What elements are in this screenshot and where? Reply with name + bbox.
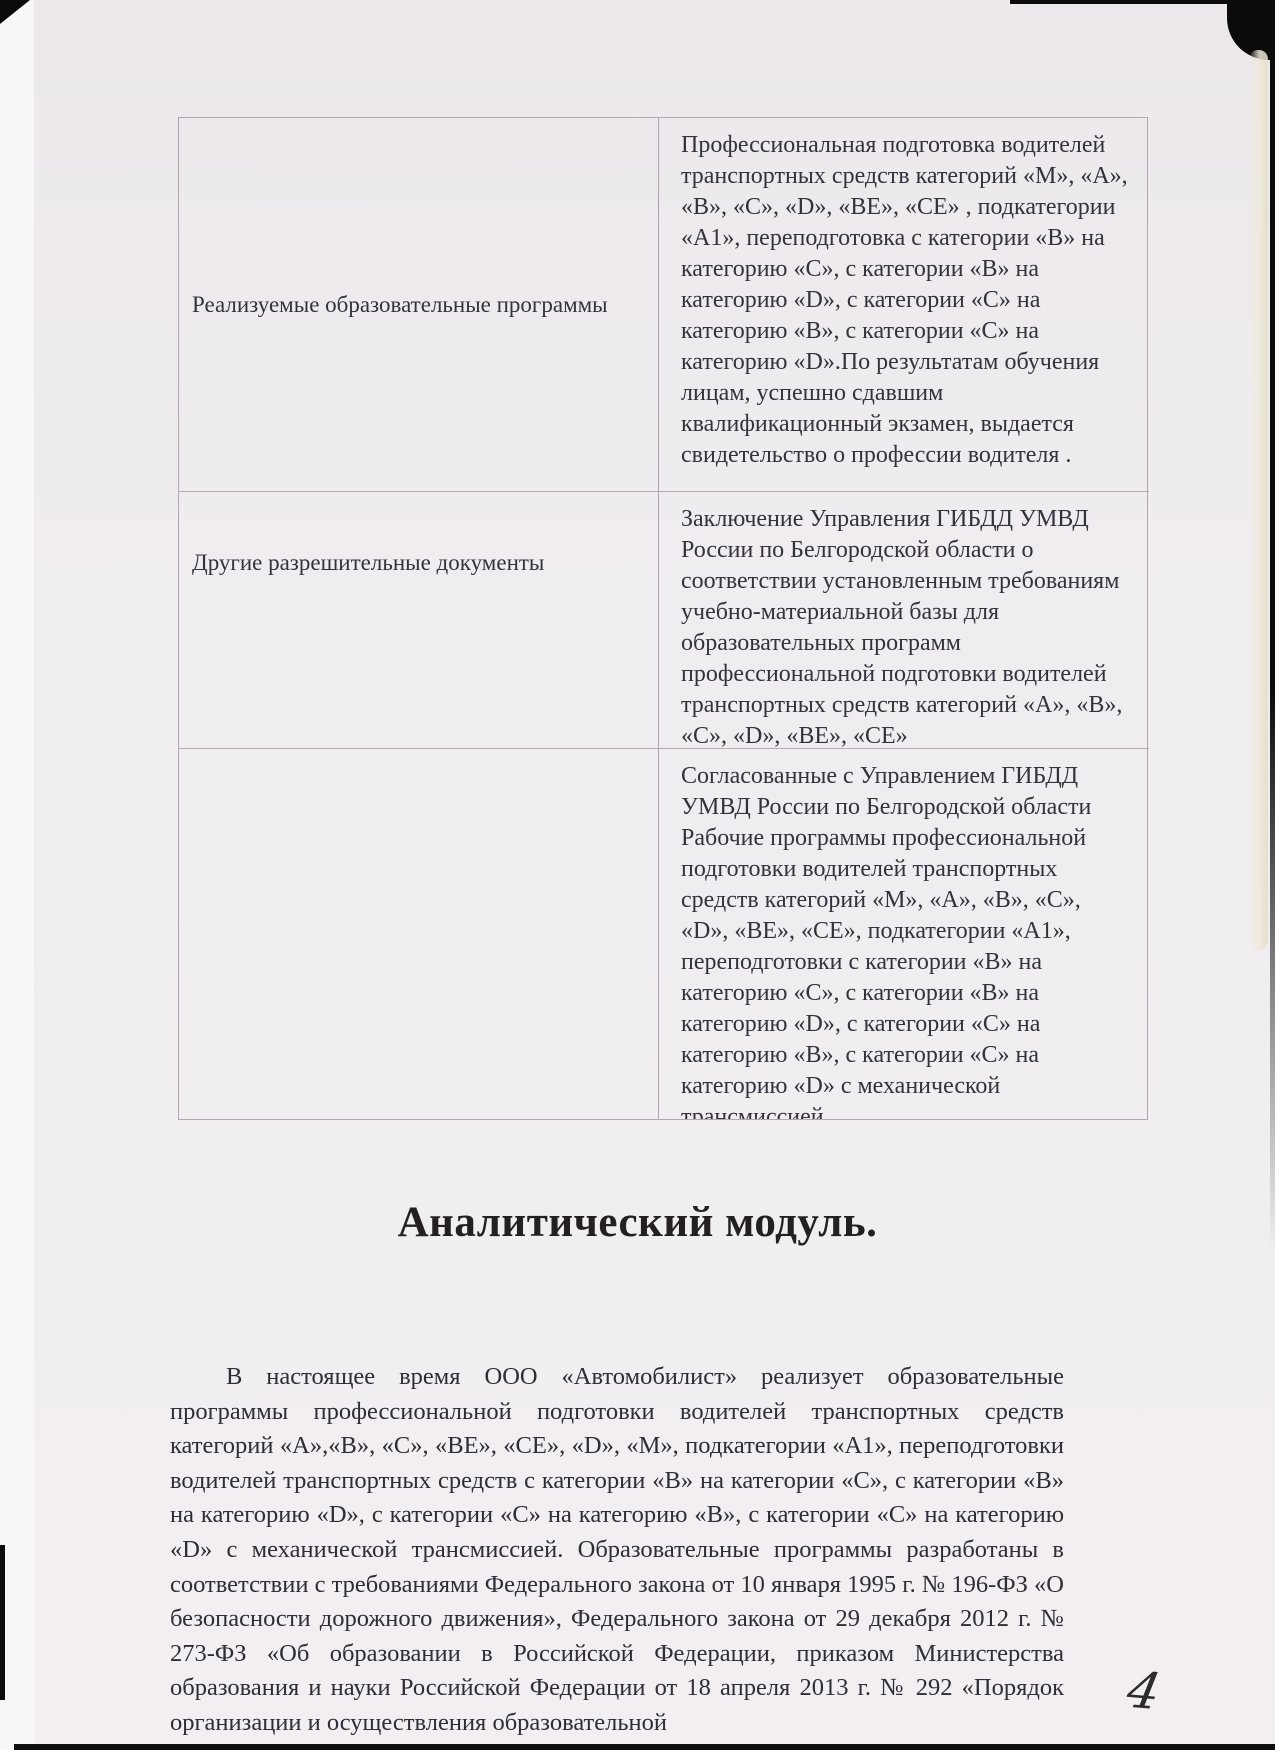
scan-left-light-strip [0,0,34,1750]
table-row-label-empty [179,748,658,1119]
table-row-label-programs: Реализуемые образовательные программы [179,118,658,491]
scanned-document-page: Реализуемые образовательные программы Пр… [0,0,1275,1750]
table-row-value-programs: Профессиональная подготовка водителей тр… [658,118,1149,491]
table-row-value-approved-programs: Согласованные с Управлением ГИБДД УМВД Р… [658,748,1149,1119]
body-paragraph: В настоящее время ООО «Автомобилист» реа… [170,1360,1064,1741]
scan-edge-left-bottom [0,1545,5,1700]
programs-info-table: Реализуемые образовательные программы Пр… [178,117,1148,1120]
section-heading: Аналитический модуль. [0,1198,1275,1247]
scan-corner-top-right [1227,0,1275,60]
scan-edge-bottom [14,1744,1275,1750]
table-row-value-permits: Заключение Управления ГИБДД УМВД России … [658,491,1149,748]
scan-edge-right [1270,0,1275,1250]
handwritten-page-number: 4 [1122,1661,1165,1721]
scan-page-curl-right [1249,50,1268,950]
table-row-label-permits: Другие разрешительные документы [179,491,658,748]
